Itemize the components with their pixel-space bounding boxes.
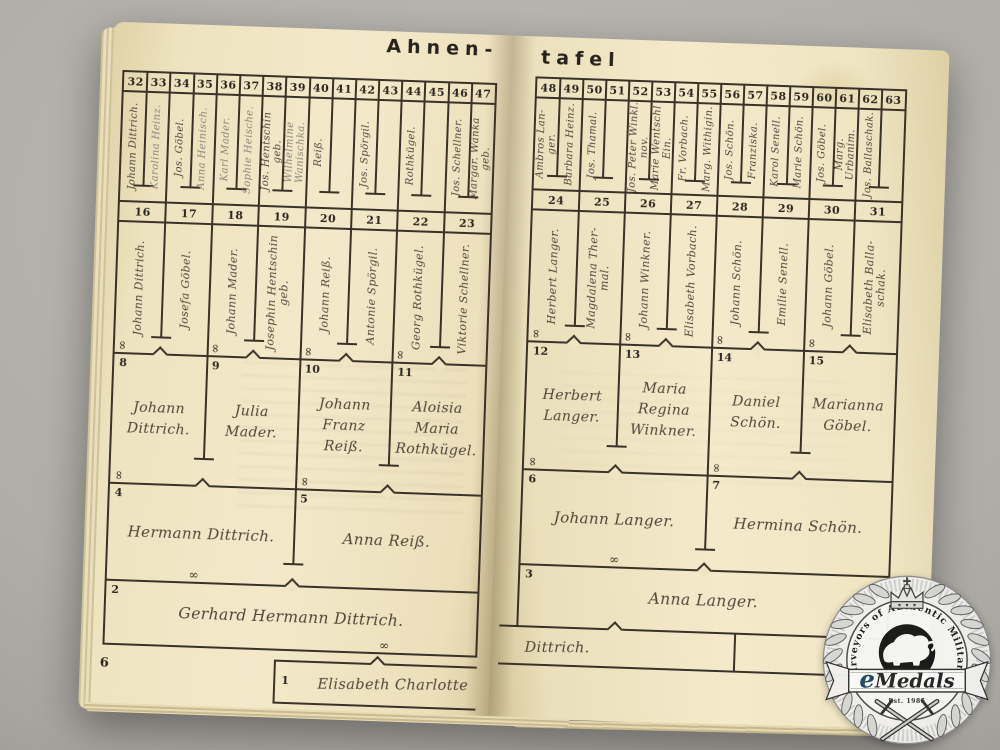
ancestor-cell-17: Josefa Göbel.	[161, 224, 212, 356]
marriage-symbol: ∞	[622, 332, 634, 342]
ancestor-name: Elisabeth Balla-schak.	[861, 240, 889, 335]
ancestor-cell-47: Margar. Wankageb.	[468, 104, 495, 213]
ancestor-number-43: 43	[379, 81, 403, 100]
ancestor-name-line: mal.	[599, 265, 612, 291]
generation-row: 6Johann Langer.7Hermina Schön.∞	[518, 468, 893, 578]
ancestor-number-47: 47	[471, 84, 495, 103]
ancestor-cell-5: Anna Reiß.	[292, 490, 481, 591]
proband-strip: 1Elisabeth Charlotte	[272, 660, 476, 711]
ancestor-cell-23: Viktorie Schellner.	[439, 233, 490, 365]
generation-row: 8JohannDittrich.9JuliaMader.10JohannFran…	[108, 352, 487, 497]
page-number: 6	[100, 656, 110, 671]
ancestor-name-line: Elisabeth Vorbach.	[683, 225, 699, 338]
ancestor-name-line: Fr. Vorbach.	[678, 115, 692, 182]
ancestor-name-line: Langer.	[543, 406, 600, 429]
ancestor-name-line: Schön.	[730, 412, 781, 435]
ancestor-name: Reiß.	[313, 138, 325, 167]
ancestor-name: Marie Schön.	[793, 116, 807, 189]
ancestor-number-42: 42	[356, 80, 380, 99]
ancestor-number-22: 22	[397, 212, 444, 232]
ancestor-cell-13: MariaReginaWinkner.	[616, 345, 712, 474]
ancestor-cell-9: JuliaMader.	[203, 357, 300, 488]
ancestor-name: Johann Schön.	[730, 240, 745, 326]
ancestor-cell-57: Franziska.	[740, 106, 766, 197]
ancestor-number-23: 23	[444, 213, 491, 233]
ancestor-name: Anna Heinisch.	[196, 107, 210, 190]
ancestor-number-61: 61	[836, 89, 860, 108]
ancestor-name-line: Regina	[638, 399, 691, 422]
ancestor-name: Fr. Vorbach.	[678, 115, 692, 182]
ancestor-cell-61: Marg.Urbanim.	[832, 109, 858, 200]
ancestor-name-line: Karol Senell.	[770, 116, 784, 187]
ancestor-name-line: Winkner.	[630, 419, 697, 442]
ancestor-name: Johann Mader.	[225, 248, 240, 335]
ancestor-name-line: Karolina Heinz.	[150, 105, 164, 190]
ancestor-name-line: nov.	[638, 136, 650, 158]
ancestor-number-24: 24	[533, 190, 580, 210]
ancestor-cell-63	[878, 110, 904, 201]
generation-row: Johann Dittrich.Karolina Heinz.Jos. Göbe…	[118, 90, 497, 215]
ancestor-name-line: Herbert Langer.	[546, 228, 562, 325]
ancestor-number-36: 36	[216, 75, 240, 94]
badge-est: Est. 1985	[888, 698, 925, 705]
ancestor-number-27: 27	[671, 195, 718, 215]
ancestor-name-line: Hermann Dittrich.	[127, 521, 275, 549]
ancestor-name-line: Johann Göbel.	[822, 244, 837, 328]
ancestor-name-line: Dittrich.	[126, 418, 190, 441]
ancestor-cell-53: Marie WentschlEin.	[649, 102, 675, 193]
ancestor-name-line: Jos. Ballaschak.	[861, 112, 875, 198]
ancestor-cell-25: Magdalena Ther-mal.	[574, 212, 625, 344]
ancestor-cell-50: Jos. Thamal.	[580, 100, 606, 191]
ancestor-number-62: 62	[859, 90, 883, 109]
ancestor-name-line: Johann Reiß.	[318, 256, 333, 333]
ancestor-number-45: 45	[425, 83, 449, 102]
ancestor-name-line: Jos. Göbel.	[173, 118, 186, 177]
ancestor-cell-22: Georg Rothkügel.	[393, 232, 444, 364]
marriage-symbol: ∞	[711, 463, 723, 473]
marriage-symbol: ∞	[188, 569, 198, 581]
ancestor-name-line: ger.	[546, 133, 558, 154]
ancestor-name-line: Johann Winkner.	[638, 230, 654, 328]
ancestor-number-30: 30	[809, 200, 856, 220]
ancestor-name: Sophie Heische.	[242, 106, 256, 194]
ancestor-number-17: 17	[166, 204, 213, 224]
ancestor-name-line: Ein.	[661, 137, 673, 159]
ancestor-name-line: Franz	[322, 415, 366, 437]
ancestor-name-line: Mader.	[225, 422, 278, 445]
generation-row: 4Hermann Dittrich.5Anna Reiß.∞	[105, 482, 483, 594]
ancestor-name-line: Johann Schön.	[730, 240, 745, 326]
ancestor-number-59: 59	[790, 87, 814, 106]
ancestor-name-line: Aloisia	[412, 397, 463, 420]
ancestor-cell-24: Herbert Langer.	[528, 210, 579, 342]
ancestor-name-line: Marg. Withigin.	[700, 106, 714, 192]
marriage-symbol: ∞	[209, 343, 221, 353]
ancestor-name: Antonie Spörgil.	[364, 247, 380, 344]
ancestor-name: Jos. Göbel.	[816, 124, 829, 183]
ancestor-name-line: Georg Rothkügel.	[410, 245, 426, 350]
ancestor-name-line: Barbara Heinz.	[563, 103, 577, 186]
ancestor-name-line: Julia	[234, 401, 269, 423]
ancestor-name: Johann Dittrich.	[132, 240, 148, 336]
ancestor-name-line: Jos. Göbel.	[816, 124, 829, 183]
ancestor-name-line: Hermina Schön.	[733, 513, 863, 540]
ancestor-cell-60: Jos. Göbel.	[809, 108, 835, 199]
ancestor-name-line: Reiß.	[323, 436, 363, 458]
generation-row: 12HerbertLanger.13MariaReginaWinkner.14D…	[522, 340, 898, 483]
ancestor-name-line: Franziska.	[747, 122, 760, 179]
ancestor-cell-49: Barbara Heinz.	[557, 99, 583, 190]
ancestor-number-55: 55	[698, 84, 722, 103]
ancestor-cell-30: Johann Göbel.	[804, 220, 855, 352]
ancestor-number-31: 31	[855, 202, 902, 222]
ancestor-number-28: 28	[717, 197, 764, 217]
ancestor-cell-18: Johann Mader.	[207, 225, 258, 357]
ancestor-number-58: 58	[767, 86, 791, 105]
ancestor-number-46: 46	[448, 83, 472, 102]
ancestor-name: Jos. Schellner.	[451, 119, 465, 197]
ancestor-number-37: 37	[240, 76, 264, 95]
ancestor-cell-56: Jos. Schön.	[717, 105, 743, 196]
ancestor-name: Elisabeth Vorbach.	[683, 225, 699, 338]
ancestor-name: Jos. Thamal.	[586, 112, 600, 180]
ancestor-number-19: 19	[258, 207, 305, 227]
ancestor-cell-51	[603, 101, 629, 192]
ancestor-cell-19: Josephin Hentschingeb.	[254, 227, 305, 359]
photo-background: Ahnen- 6 3233343536373839404142434445464…	[0, 0, 1000, 750]
ancestor-name: Johann Göbel.	[822, 244, 837, 328]
ancestor-name-line: Sophie Heische.	[242, 106, 256, 194]
ancestor-name: Ambros Lan-ger.	[534, 109, 559, 179]
marriage-symbol: ∞	[609, 553, 619, 565]
ancestor-number-53: 53	[652, 82, 676, 101]
ancestor-name: Johann Reiß.	[318, 256, 333, 333]
ancestor-cell-16: Johann Dittrich.	[115, 222, 166, 354]
ancestor-name: Emilie Senell.	[776, 243, 791, 326]
ancestor-name-line: Johann Mader.	[225, 248, 240, 335]
ancestor-number-16: 16	[119, 202, 166, 222]
ancestor-number-52: 52	[629, 82, 653, 101]
ancestor-name-line: Jos. Peter Winkl.	[626, 101, 640, 192]
ancestor-cell-14: DanielSchön.	[708, 349, 804, 478]
ancestor-number-51: 51	[606, 81, 630, 100]
ancestor-name-line: Josefa Göbel.	[179, 250, 194, 329]
ancestor-name-line: Herbert	[542, 385, 602, 408]
ancestor-cell-11: AloisiaMariaRothkügel.	[388, 364, 485, 495]
header-tafel: tafel	[541, 47, 621, 72]
ancestor-number-44: 44	[402, 82, 426, 101]
marriage-symbol: ∞	[302, 346, 314, 356]
marriage-symbol: ∞	[379, 639, 389, 651]
ancestor-name-line: Johann Dittrich.	[132, 240, 148, 336]
generation-row: 2Gerhard Hermann Dittrich.∞	[102, 579, 479, 658]
marriage-symbol: ∞	[117, 340, 129, 350]
ancestor-name: Rothkügel.	[405, 126, 418, 186]
ancestor-cell-27: Elisabeth Vorbach.	[666, 215, 717, 347]
ancestor-name: Jos. Hentschingeb.	[260, 111, 285, 191]
ancestor-number-49: 49	[560, 79, 584, 98]
ancestor-cell-28: Johann Schön.	[712, 217, 763, 349]
marriage-symbol: ∞	[395, 350, 407, 360]
ancestor-number-34: 34	[170, 74, 194, 93]
ancestor-number-40: 40	[309, 78, 333, 97]
marriage-symbol: ∞	[527, 456, 539, 466]
ancestor-number-38: 38	[263, 77, 287, 96]
marriage-symbol: ∞	[299, 476, 311, 486]
badge-brand: eMedals	[859, 665, 954, 694]
ancestor-cell-48: Ambros Lan-ger.	[534, 98, 560, 189]
generation-row: Johann Dittrich.Josefa Göbel.Johann Made…	[113, 220, 492, 367]
ancestor-name-line: Marie Schön.	[793, 116, 807, 189]
ancestor-number-29: 29	[763, 198, 810, 218]
ancestor-name-line: Jos. Spörgil.	[358, 121, 372, 188]
ancestor-number-35: 35	[193, 74, 217, 93]
ancestor-cell-54: Fr. Vorbach.	[672, 103, 698, 194]
emedals-watermark: Purveyors of Authentic Militaria	[813, 566, 1000, 750]
ancestor-name: Karl Mader.	[219, 117, 232, 182]
ancestor-number-41: 41	[332, 79, 356, 98]
ancestor-name: Viktorie Schellner.	[456, 243, 472, 354]
ancestor-name: Margar. Wankageb.	[468, 117, 493, 200]
ancestor-name-line: Johann Dittrich.	[126, 103, 140, 191]
ancestor-name-line: Jos. Schellner.	[451, 119, 465, 197]
ancestor-name: WilhelmineWanischka.	[283, 121, 308, 183]
ancestor-name-line: Antonie Spörgil.	[364, 247, 380, 344]
ancestor-name: Marg. Withigin.	[701, 111, 715, 187]
ancestor-name-line: Anna Heinisch.	[196, 107, 210, 190]
ancestor-name-line: Jos. Thamal.	[586, 112, 600, 180]
ancestor-name-line: Maria	[642, 378, 687, 401]
ancestor-name-line: Daniel	[732, 391, 781, 414]
ancestor-name-line: geb.	[272, 139, 284, 163]
ancestor-name-line: Johann Langer.	[553, 507, 674, 534]
ancestor-name-line: Karl Mader.	[219, 117, 232, 182]
ancestor-number-60: 60	[813, 88, 837, 107]
ancestor-name: Herbert Langer.	[546, 228, 562, 325]
ancestor-name: Marg.Urbanim.	[833, 128, 857, 180]
ancestor-name: Karolina Heinz.	[150, 105, 164, 190]
ancestor-cell-20: Johann Reiß.	[300, 228, 351, 360]
ancestor-name: Josephin Hentschingeb.	[265, 234, 294, 351]
ancestor-number-54: 54	[675, 83, 699, 102]
marriage-symbol: ∞	[113, 470, 125, 480]
ancestor-name-line: Rothkügel.	[405, 126, 418, 186]
ancestor-cell-29: Emilie Senell.	[758, 218, 809, 350]
ancestor-name-line: Johann	[319, 394, 372, 417]
ancestor-cell-55: Marg. Withigin.	[694, 104, 720, 195]
ancestor-name: Franziska.	[747, 122, 760, 179]
proband-name-line: Elisabeth Charlotte	[317, 677, 468, 694]
generation-row: Herbert Langer.Magdalena Ther-mal.Johann…	[526, 208, 902, 355]
ancestor-number-50: 50	[583, 80, 607, 99]
ancestor-name-line: Reiß.	[313, 138, 325, 167]
ancestor-name: Josefa Göbel.	[179, 250, 194, 329]
ancestor-name-line: Rothkügel.	[395, 438, 477, 462]
ancestor-name: Magdalena Ther-mal.	[585, 227, 613, 329]
ancestor-number-48: 48	[537, 78, 561, 97]
ancestor-name-line: Göbel.	[823, 416, 872, 439]
ancestor-number-32: 32	[124, 72, 148, 91]
ancestor-name-line: Gerhard Hermann Dittrich.	[178, 603, 404, 634]
header-ahnen: Ahnen-	[386, 35, 499, 61]
ancestor-cell-7: Hermina Schön.	[704, 477, 891, 576]
ancestor-name-line: Marianna	[812, 394, 884, 417]
ancestor-number-26: 26	[625, 194, 672, 214]
ancestor-name-line: Maria	[414, 418, 459, 441]
ancestor-name: Karol Senell.	[770, 116, 784, 187]
ancestor-cell-26: Johann Winkner.	[620, 214, 671, 346]
ancestor-cell-12: HerbertLanger.	[524, 342, 620, 471]
ancestor-number-57: 57	[744, 86, 768, 105]
proband-name-line: Dittrich.	[525, 640, 590, 657]
marriage-symbol: ∞	[714, 335, 726, 345]
ancestor-name: Jos. Schön.	[724, 120, 737, 181]
ancestor-number-21: 21	[351, 210, 398, 230]
ancestor-name: Georg Rothkügel.	[410, 245, 426, 350]
ancestor-number-39: 39	[286, 78, 310, 97]
ancestor-cell-8: JohannDittrich.	[110, 354, 207, 485]
marriage-symbol: ∞	[806, 338, 818, 348]
ancestor-name: Jos. Göbel.	[173, 118, 186, 177]
ancestor-name: Johann Dittrich.	[126, 103, 140, 191]
page-left: Ahnen- 6 3233343536373839404142434445464…	[90, 22, 512, 717]
ancestor-cell-59: Marie Schön.	[786, 107, 812, 198]
ancestor-table-left: 32333435363738394041424344454647Johann D…	[114, 22, 512, 36]
ancestor-number-56: 56	[721, 85, 745, 104]
ancestor-number-33: 33	[147, 73, 171, 92]
ancestor-cell-4: Hermann Dittrich.	[107, 484, 296, 585]
ancestor-cell-15: MariannaGöbel.	[800, 352, 896, 481]
ancestor-name-line: Viktorie Schellner.	[456, 243, 472, 354]
ancestor-name: Jos. Peter Winkl.nov.	[626, 109, 651, 186]
ancestor-cell-58: Karol Senell.	[763, 106, 789, 197]
ancestor-name-line: Anna Reiß.	[342, 528, 430, 554]
ancestor-number-18: 18	[212, 205, 259, 225]
ancestor-cell-21: Antonie Spörgil.	[346, 230, 397, 362]
ancestor-name: Marie WentschlEin.	[649, 109, 674, 186]
ancestor-name: Jos. Ballaschak.	[862, 117, 876, 193]
ancestor-name-line: Anna Langer.	[648, 588, 758, 615]
generation-row: Ambros Lan-ger.Barbara Heinz.Jos. Thamal…	[532, 96, 907, 203]
ancestor-name-line: Jos. Schön.	[724, 120, 737, 181]
marriage-symbol: ∞	[530, 328, 542, 338]
ancestor-name-line: schak.	[875, 268, 889, 306]
ancestor-name-line: geb.	[279, 280, 292, 306]
ancestor-cell-31: Elisabeth Balla-schak.	[850, 222, 901, 354]
ancestor-number-20: 20	[305, 208, 352, 228]
ancestor-name-line: Emilie Senell.	[776, 243, 791, 326]
ancestor-cell-52: Jos. Peter Winkl.nov.	[626, 102, 652, 193]
ancestor-number-25: 25	[579, 192, 626, 212]
ancestor-name-line: Johann	[133, 398, 186, 421]
ancestor-number-63: 63	[882, 90, 906, 109]
ancestor-name-line: Marie Wentschl	[649, 105, 663, 190]
ancestor-cell-10: JohannFranzReiß.	[295, 360, 392, 491]
ancestor-cell-62: Jos. Ballaschak.	[855, 110, 881, 201]
ancestor-name: Johann Winkner.	[638, 230, 654, 328]
ancestor-name-line: geb.	[481, 147, 493, 171]
ancestor-name: Jos. Spörgil.	[358, 121, 372, 188]
ancestor-name: Barbara Heinz.	[563, 106, 577, 182]
